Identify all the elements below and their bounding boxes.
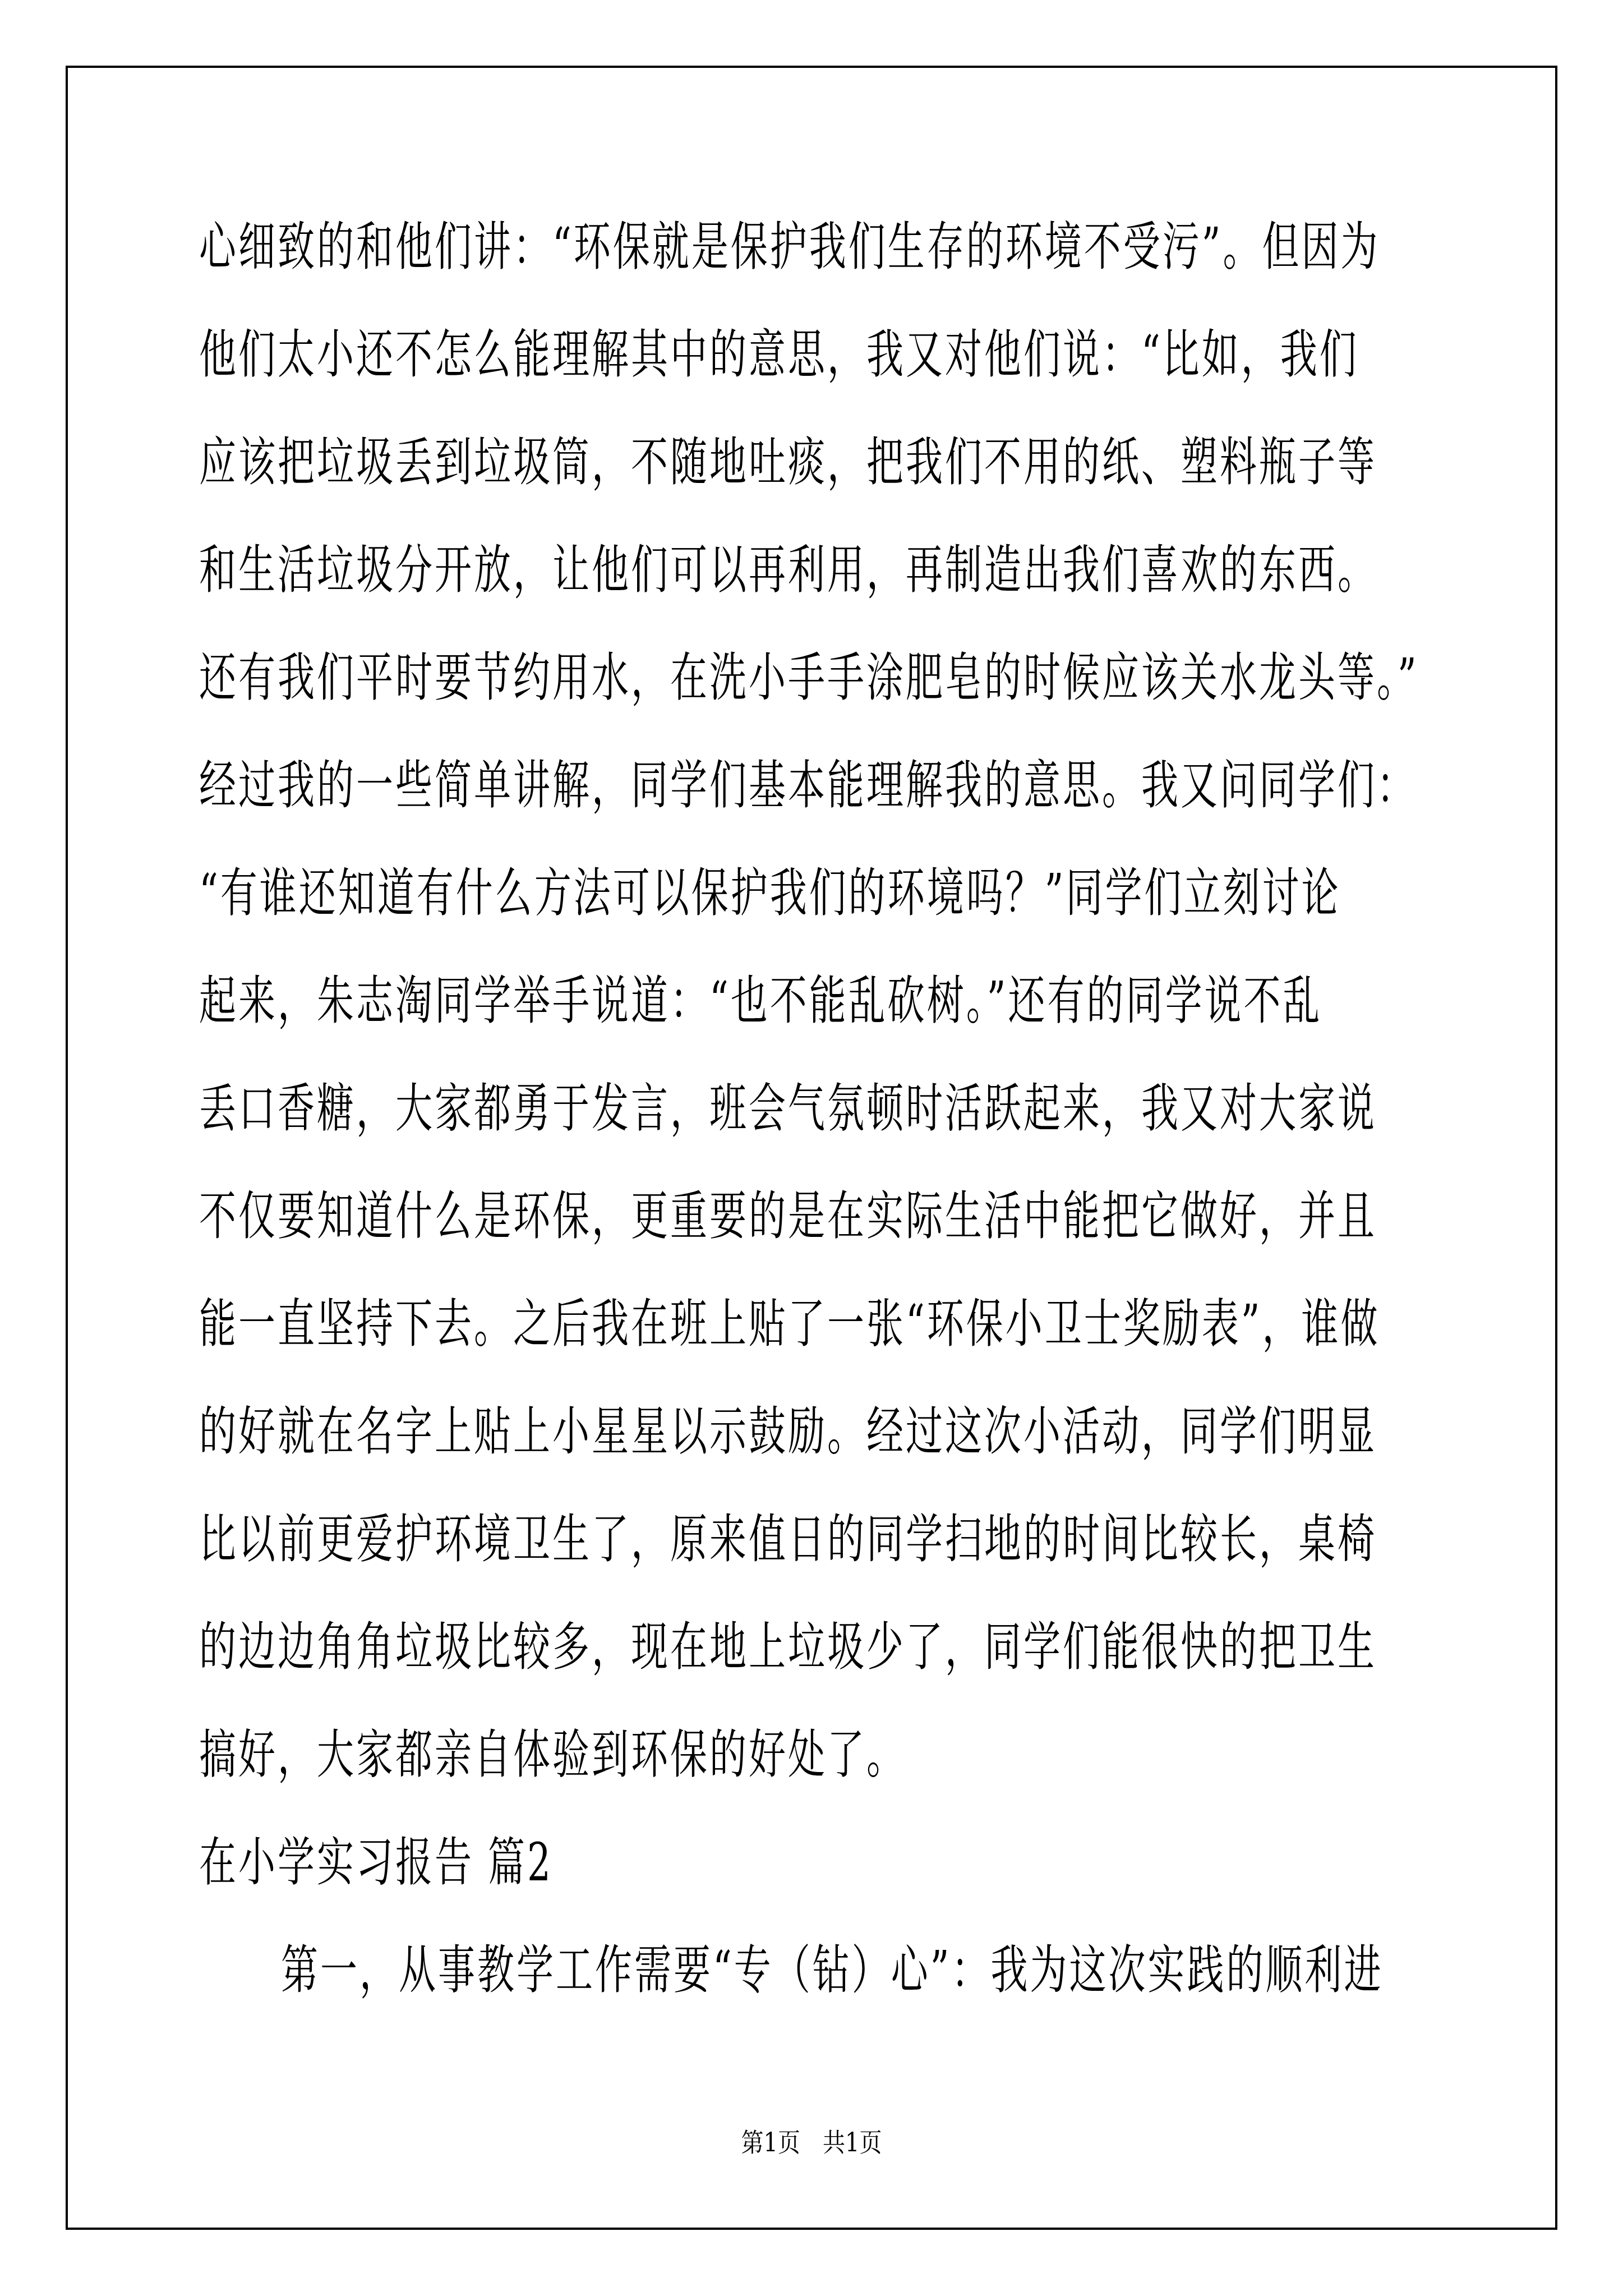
paragraph-line: 的好就在名字上贴上小星星以示鼓励。经过这次小活动，同学们明显 — [199, 1393, 1433, 1501]
section-paragraph-line: 第一，从事教学工作需要“专（钻）心”：我为这次实践的顺利进 — [199, 1932, 1433, 2040]
document-body: 心细致的和他们讲：“环保就是保护我们生存的环境不受污”。但因为 他们太小还不怎么… — [199, 209, 1433, 2040]
paragraph-line: 应该把垃圾丢到垃圾筒，不随地吐痰，把我们不用的纸、塑料瓶子等 — [199, 424, 1433, 532]
paragraph-line: 不仅要知道什么是环保，更重要的是在实际生活中能把它做好，并且 — [199, 1178, 1433, 1286]
paragraph-line: 他们太小还不怎么能理解其中的意思，我又对他们说：“比如，我们 — [199, 316, 1433, 424]
paragraph-line: “有谁还知道有什么方法可以保护我们的环境吗？”同学们立刻讨论 — [199, 855, 1433, 963]
page-number: 第1页 共1页 — [741, 2130, 882, 2156]
paragraph-line: 比以前更爱护环境卫生了，原来值日的同学扫地的时间比较长，桌椅 — [199, 1501, 1433, 1609]
paragraph-line: 还有我们平时要节约用水，在洗小手手涂肥皂的时候应该关水龙头等。” — [199, 639, 1433, 747]
paragraph-line: 搞好，大家都亲自体验到环保的好处了。 — [199, 1717, 1433, 1824]
page-footer: 第1页 共1页 — [0, 2132, 1623, 2154]
paragraph-line: 丢口香糖，大家都勇于发言，班会气氛顿时活跃起来，我又对大家说 — [199, 1070, 1433, 1178]
paragraph-line: 心细致的和他们讲：“环保就是保护我们生存的环境不受污”。但因为 — [199, 209, 1433, 316]
paragraph-line: 经过我的一些简单讲解，同学们基本能理解我的意思。我又问同学们： — [199, 747, 1433, 855]
paragraph-line: 起来，朱志淘同学举手说道：“也不能乱砍树。”还有的同学说不乱 — [199, 963, 1433, 1070]
paragraph-line: 和生活垃圾分开放，让他们可以再利用，再制造出我们喜欢的东西。 — [199, 532, 1433, 639]
paragraph-line: 能一直坚持下去。之后我在班上贴了一张“环保小卫士奖励表”，谁做 — [199, 1286, 1433, 1393]
paragraph-line: 的边边角角垃圾比较多，现在地上垃圾少了，同学们能很快的把卫生 — [199, 1609, 1433, 1717]
section-heading: 在小学实习报告 篇2 — [199, 1824, 1433, 1932]
